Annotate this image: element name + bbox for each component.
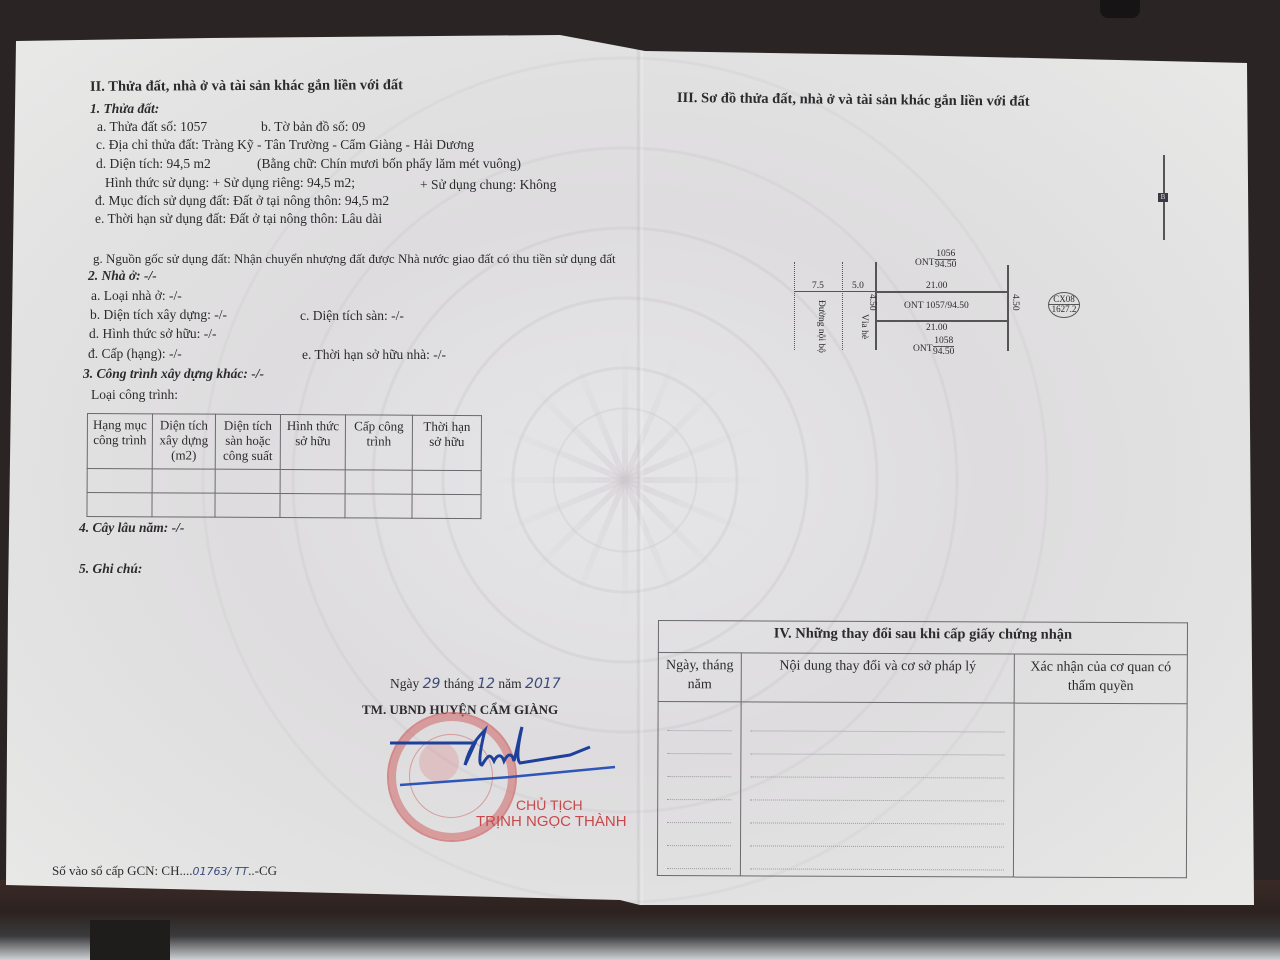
perennial-trees: 4. Cây lâu năm: -/- (79, 520, 184, 536)
house-ownership-term: e. Thời hạn sở hữu nhà: -/- (302, 347, 446, 363)
blank-line (667, 800, 731, 823)
road-width: 7.5 (812, 278, 824, 294)
north-arrow: B (1162, 155, 1166, 240)
house-ownership: d. Hình thức sở hữu: -/- (89, 326, 217, 342)
sidewalk-boundary-line (842, 262, 843, 350)
right-edge-length: 4.50 (1010, 294, 1020, 311)
land-origin: g. Nguồn gốc sử dụng đất: Nhận chuyển nh… (93, 251, 616, 267)
signer-title: CHỦ TỊCH (516, 797, 583, 813)
parcel-right-boundary (1007, 265, 1009, 351)
north-neighbor-code: ONT (915, 255, 935, 271)
parcel-number: a. Thửa đất số: 1057 (97, 119, 207, 135)
background-object (1100, 0, 1140, 18)
south-neighbor-parcel: 105894.50 (933, 336, 954, 357)
works-column-header: Thời hạn sở hữu (412, 415, 481, 470)
works-row (87, 469, 481, 495)
parcel-area: d. Diện tích: 94,5 m2 (96, 156, 211, 172)
signer-name: TRỊNH NGỌC THÀNH (476, 814, 627, 830)
notes-heading: 5. Ghi chú: (79, 561, 142, 577)
blank-line (667, 846, 731, 869)
blank-line (668, 708, 732, 731)
handwritten-signature (390, 725, 630, 815)
changes-cell (657, 702, 741, 876)
house-heading: 2. Nhà ở: -/- (88, 268, 157, 284)
north-arrow-icon: B (1158, 193, 1168, 202)
blank-line (751, 708, 1005, 732)
blank-line (667, 777, 731, 800)
issue-date: Ngày 29 tháng 12 năm 2017 (390, 676, 561, 692)
bottom-edge-length: 21.00 (926, 320, 947, 336)
blank-line (750, 823, 1004, 847)
blank-line (750, 800, 1004, 824)
road-boundary-line (794, 262, 795, 350)
issue-year: 2017 (525, 676, 561, 692)
section-3-title: III. Sơ đồ thửa đất, nhà ở và tài sản kh… (677, 90, 1030, 110)
works-type-label: Loại công trình: (91, 387, 178, 403)
land-certificate-page: II. Thửa đất, nhà ở và tài sản khác gắn … (0, 0, 1280, 960)
works-row (87, 493, 481, 519)
parcel-area-words: (Bằng chữ: Chín mươi bốn phẩy lăm mét vu… (257, 156, 521, 172)
map-sheet-number: b. Tờ bản đồ số: 09 (261, 119, 365, 135)
sidewalk-label: Vỉa hè (859, 314, 869, 339)
parcel-address: c. Địa chỉ thửa đất: Tràng Kỹ - Tân Trườ… (96, 137, 474, 153)
section-2-title: II. Thửa đất, nhà ở và tài sản khác gắn … (90, 77, 403, 95)
changes-cell (1013, 703, 1187, 878)
land-term: e. Thời hạn sử dụng đất: Đất ở tại nông … (95, 211, 382, 227)
house-build-area: b. Diện tích xây dựng: -/- (90, 307, 227, 323)
works-column-header: Diện tích sàn hoặc công suất (215, 414, 280, 469)
registry-number: Số vào sổ cấp GCN: CH....01763/ TT..-CG (52, 863, 277, 880)
blank-line (750, 777, 1004, 801)
changes-cell (740, 702, 1014, 877)
sidewalk-width: 5.0 (852, 278, 864, 294)
works-table: Hạng mục công trìnhDiện tích xây dựng (m… (86, 413, 482, 519)
blank-line (750, 754, 1004, 778)
section-4-title: IV. Những thay đổi sau khi cấp giấy chứn… (658, 621, 1187, 655)
changes-column-header: Nội dung thay đổi và cơ sở pháp lý (741, 653, 1014, 703)
works-column-header: Cấp công trình (345, 415, 412, 470)
works-column-header: Hình thức sở hữu (280, 415, 345, 470)
top-edge-length: 21.00 (926, 278, 947, 294)
changes-table: IV. Những thay đổi sau khi cấp giấy chứn… (657, 620, 1188, 878)
land-purpose: đ. Mục đích sử dụng đất: Đất ở tại nông … (95, 193, 389, 209)
left-edge-length: 4.50 (867, 294, 877, 311)
blank-line (667, 823, 731, 846)
parcel-label: ONT 1057/94.50 (904, 298, 969, 314)
usage-form: Hình thức sử dụng: + Sử dụng riêng: 94,5… (105, 175, 355, 191)
blank-line (667, 731, 731, 754)
south-neighbor-code: ONT (913, 341, 933, 357)
blank-line (667, 754, 731, 777)
road-label: Đường nội bộ (816, 300, 826, 353)
issue-month: 12 (477, 676, 495, 692)
house-grade: đ. Cấp (hạng): -/- (88, 346, 182, 362)
house-floor-area: c. Diện tích sàn: -/- (300, 308, 404, 324)
house-type: a. Loại nhà ở: -/- (91, 288, 182, 304)
changes-column-header: Ngày, tháng năm (658, 653, 741, 702)
usage-shared: + Sử dụng chung: Không (420, 177, 556, 193)
works-column-header: Diện tích xây dựng (m2) (152, 414, 215, 469)
north-neighbor-parcel: 105694.50 (935, 249, 956, 270)
control-point: CX081627.2 (1048, 292, 1080, 318)
blank-line (750, 731, 1004, 755)
works-heading: 3. Công trình xây dựng khác: -/- (83, 366, 264, 382)
chair-leg (90, 920, 170, 960)
issue-day: 29 (423, 676, 441, 692)
parcel-sketch: 7.5 5.0 21.00 21.00 ONT 1057/94.50 4.50 … (780, 240, 1100, 370)
blank-line (750, 846, 1004, 870)
works-column-header: Hạng mục công trình (87, 414, 152, 469)
land-heading: 1. Thửa đất: (90, 101, 159, 117)
changes-column-header: Xác nhận của cơ quan có thẩm quyền (1014, 654, 1187, 704)
page-fold (636, 40, 644, 910)
